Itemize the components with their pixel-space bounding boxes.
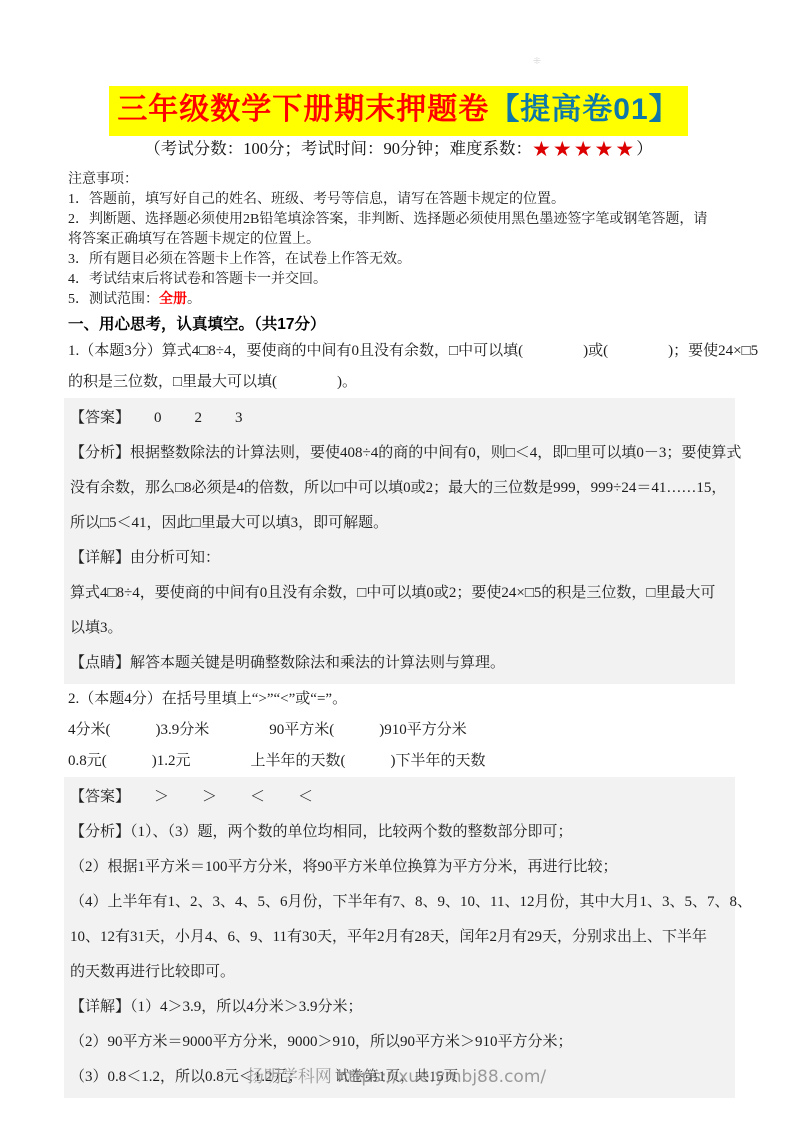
notices-section: 注意事项： 1．答题前，填写好自己的姓名、班级、考号等信息，请写在答题卡规定的位… [68, 170, 729, 310]
document-content: 三年级数学下册期末押题卷【提高卷01】 （考试分数：100分；考试时间：90分钟… [0, 0, 793, 1098]
notice-item-5-text: 5．测试范围： [68, 292, 159, 307]
notice-item-2: 2．判断题、选择题必须使用2B铅笔填涂答案，非判断、选择题必须使用黑色墨迹签字笔… [68, 210, 729, 230]
exam-meta-close-paren: ） [636, 139, 653, 158]
q2-detail-line-2: （2）90平方米＝9000平方分米，9000＞910，所以90平方米＞910平方… [70, 1025, 729, 1060]
q1-answer-values: 0 2 3 [154, 410, 244, 426]
exam-title-row: 三年级数学下册期末押题卷【提高卷01】 [68, 86, 729, 132]
exam-meta-text: （考试分数：100分；考试时间：90分钟；难度系数： [144, 139, 532, 158]
q2-answer-label: 【答案】 [70, 789, 130, 805]
q2-answer-row: 【答案】＞ ＞ ＜ ＜ [70, 780, 729, 815]
q1-detail-line-3: 以填3。 [70, 611, 729, 646]
test-scope-value: 全册 [159, 292, 187, 307]
q2-analysis-line-4: 10、12有31天，小月4、6、9、11有30天，平年2月有28天，闰年2月有2… [70, 920, 729, 955]
exam-title-main: 三年级数学下册期末押题卷 [117, 93, 489, 126]
question-2-answer-block: 【答案】＞ ＞ ＜ ＜ 【分析】（1）、（3）题，两个数的单位均相同，比较两个数… [64, 777, 735, 1098]
q2-analysis-line-3: （4）上半年有1、2、3、4、5、6月份，下半年有7、8、9、10、11、12月… [70, 885, 729, 920]
page-footer: 扬明学科网 https://xue.ymbj88.com/ 试卷第1页，共15页 [0, 1060, 793, 1090]
question-2-items-row-2: 0.8元( )1.2元 上半年的天数( )下半年的天数 [68, 746, 729, 777]
q2-analysis-line-5: 的天数再进行比较即可。 [70, 955, 729, 990]
q1-analysis-line-1: 【分析】根据整数除法的计算法则，要使408÷4的商的中间有0，则□＜4，即□里可… [70, 436, 729, 471]
exam-document-page: ⁜ 三年级数学下册期末押题卷【提高卷01】 （考试分数：100分；考试时间：90… [0, 0, 793, 1122]
q2-analysis-line-2: （2）根据1平方米＝100平方分米，将90平方米单位换算为平方分米，再进行比较； [70, 850, 729, 885]
notice-item-2-continued: 将答案正确填写在答题卡规定的位置上。 [68, 230, 729, 250]
q1-analysis-line-3: 所以□5＜41，因此□里最大可以填3，即可解题。 [70, 506, 729, 541]
notice-item-5: 5．测试范围：全册。 [68, 290, 729, 310]
notice-item-4: 4．考试结束后将试卷和答题卡一并交回。 [68, 270, 729, 290]
q1-detail-line-2: 算式4□8÷4，要使商的中间有0且没有余数，□中可以填0或2；要使24×□5的积… [70, 576, 729, 611]
notice-item-5-period: 。 [187, 292, 201, 307]
question-1-answer-block: 【答案】0 2 3 【分析】根据整数除法的计算法则，要使408÷4的商的中间有0… [64, 398, 735, 684]
q2-analysis-line-1: 【分析】（1）、（3）题，两个数的单位均相同，比较两个数的整数部分即可； [70, 815, 729, 850]
section-1-heading: 一、用心思考，认真填空。（共17分） [68, 314, 729, 336]
difficulty-stars: ★★★★★ [532, 137, 636, 161]
q1-tip-line: 【点睛】解答本题关键是明确整数除法和乘法的计算法则与算理。 [70, 646, 729, 681]
question-1-line-2: 的积是三位数，□里最大可以填( )。 [68, 367, 729, 398]
q2-detail-line-1: 【详解】（1）4＞3.9，所以4分米＞3.9分米； [70, 990, 729, 1025]
question-2-items-row-1: 4分米( )3.9分米 90平方米( )910平方分米 [68, 715, 729, 746]
question-2-line-1: 2.（本题4分）在括号里填上“>”“<”或“=”。 [68, 684, 729, 715]
exam-title-sub: 【提高卷01】 [489, 93, 679, 126]
q2-answer-values: ＞ ＞ ＜ ＜ [154, 789, 314, 805]
notice-item-3: 3．所有题目必须在答题卡上作答，在试卷上作答无效。 [68, 250, 729, 270]
q1-analysis-line-2: 没有余数，那么□8必须是4的倍数，所以□中可以填0或2；最大的三位数是999，9… [70, 471, 729, 506]
q1-detail-line-1: 【详解】由分析可知： [70, 541, 729, 576]
q1-answer-label: 【答案】 [70, 410, 130, 426]
exam-title-highlight: 三年级数学下册期末押题卷【提高卷01】 [109, 86, 687, 136]
notices-heading: 注意事项： [68, 170, 729, 190]
faint-print-artifact: ⁜ [530, 55, 544, 69]
exam-meta-row: （考试分数：100分；考试时间：90分钟；难度系数：★★★★★） [68, 136, 729, 162]
page-number-label: 试卷第1页，共15页 [0, 1065, 793, 1086]
question-1-line-1: 1.（本题3分）算式4□8÷4，要使商的中间有0且没有余数，□中可以填( )或(… [68, 336, 729, 367]
notice-item-1: 1．答题前，填写好自己的姓名、班级、考号等信息，请写在答题卡规定的位置。 [68, 190, 729, 210]
q1-answer-row: 【答案】0 2 3 [70, 401, 729, 436]
